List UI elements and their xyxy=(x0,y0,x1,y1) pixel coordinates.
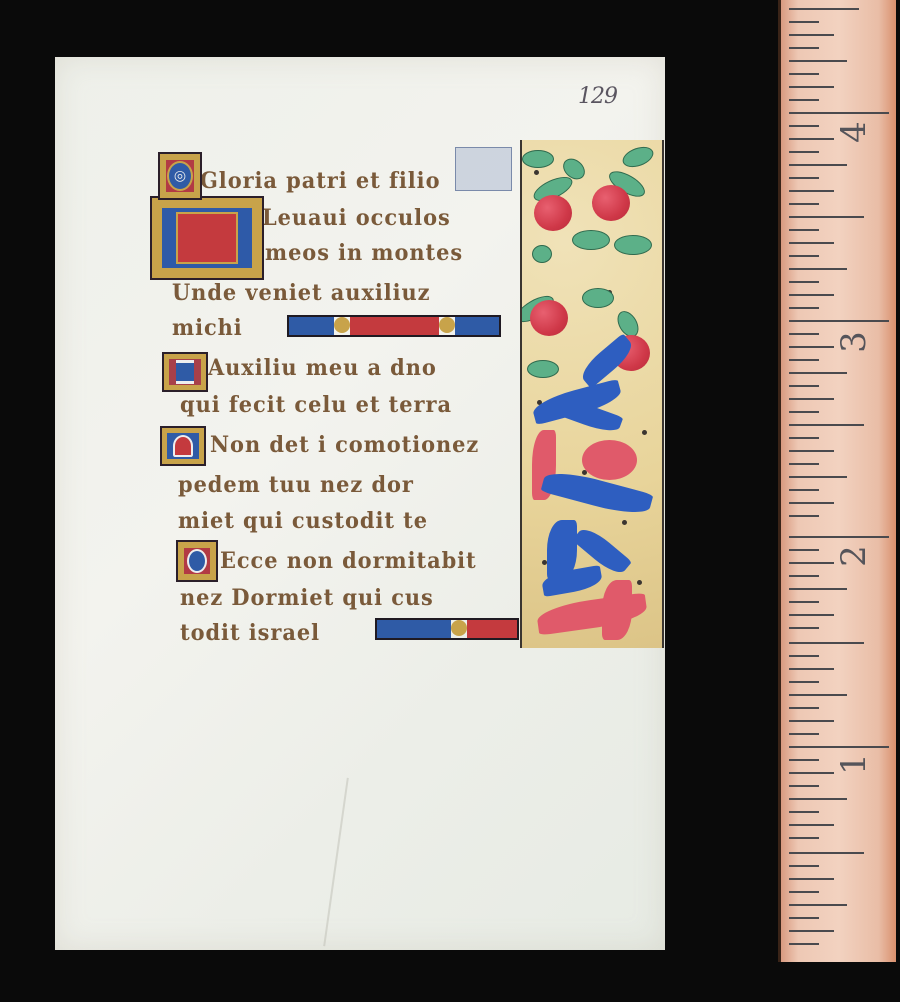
strawberry-icon xyxy=(534,195,572,231)
text-line: qui fecit celu et terra xyxy=(180,392,452,418)
text-line: Auxiliu meu a dno xyxy=(208,355,437,381)
ruler-label-1: 1 xyxy=(834,753,874,775)
ruler-label-2: 2 xyxy=(834,545,874,567)
acanthus-leaf xyxy=(602,580,632,640)
illuminated-initial-n xyxy=(160,426,206,466)
leaf-icon xyxy=(572,230,610,250)
text-line: michi xyxy=(172,315,243,341)
line-filler xyxy=(375,618,519,640)
illuminated-initial-a xyxy=(162,352,208,392)
leaf-icon xyxy=(582,288,614,308)
folio-number: 129 xyxy=(578,84,617,109)
acanthus-leaf xyxy=(582,440,637,480)
leaf-icon xyxy=(620,143,656,171)
text-line: meos in montes xyxy=(265,240,463,266)
decorative-border xyxy=(520,140,664,648)
illuminated-initial-e xyxy=(176,540,218,582)
text-line: Leuaui occulos xyxy=(262,205,451,231)
leaf-icon xyxy=(522,150,554,168)
text-line: Unde veniet auxiliuz xyxy=(172,280,431,306)
text-line: Non det i comotionez xyxy=(210,432,479,458)
text-line: Gloria patri et filio xyxy=(200,168,440,194)
line-filler xyxy=(287,315,501,337)
inch-ruler: 4 3 2 1 xyxy=(778,0,896,962)
ruler-label-4: 4 xyxy=(834,121,874,143)
text-line: todit israel xyxy=(180,620,320,646)
spiral-icon: ◎ xyxy=(167,161,193,191)
ruler-label-3: 3 xyxy=(834,331,874,353)
strawberry-icon xyxy=(530,300,568,336)
leaf-icon xyxy=(614,235,652,255)
leaf-icon xyxy=(527,360,559,378)
faded-ornament xyxy=(455,147,512,191)
strawberry-icon xyxy=(592,185,630,221)
illuminated-initial-l xyxy=(150,196,264,280)
leaf-icon xyxy=(532,245,552,263)
illuminated-initial-g: ◎ xyxy=(158,152,202,200)
text-line: pedem tuu nez dor xyxy=(178,472,414,498)
text-line: nez Dormiet qui cus xyxy=(180,585,434,611)
text-line: Ecce non dormitabit xyxy=(220,548,477,574)
text-line: miet qui custodit te xyxy=(178,508,428,534)
